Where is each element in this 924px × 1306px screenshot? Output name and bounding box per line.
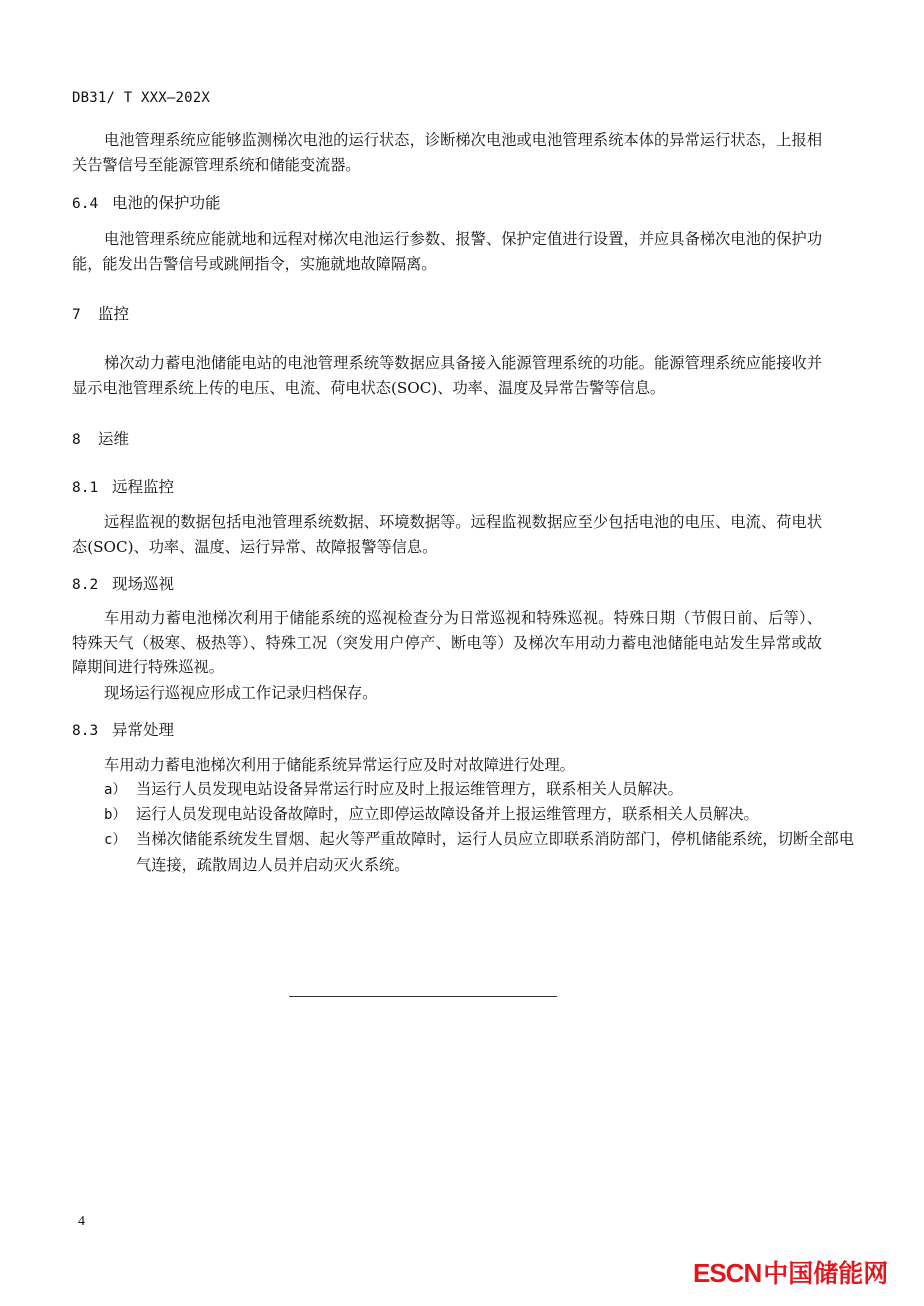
paragraph-8-2: 车用动力蓄电池梯次利用于储能系统的巡视检查分为日常巡视和特殊巡视。特殊日期（节假… [72, 606, 822, 680]
section-title: 电池的保护功能 [112, 194, 221, 212]
paragraph-8-2-record: 现场运行巡视应形成工作记录归档保存。 [104, 681, 377, 706]
section-number: 7 [72, 307, 98, 323]
list-marker: c） [104, 828, 136, 853]
list-item-text: 运行人员发现电站设备故障时，应立即停运故障设备并上报运维管理方，联系相关人员解决… [136, 805, 759, 823]
list-item-a: a）当运行人员发现电站设备异常运行时应及时上报运维管理方，联系相关人员解决。 [104, 777, 854, 803]
heading-8-1: 8.1远程监控 [72, 475, 174, 497]
heading-7: 7监控 [72, 302, 129, 324]
list-marker: a） [104, 778, 136, 803]
paragraph-6-4: 电池管理系统应能就地和远程对梯次电池运行参数、报警、保护定值进行设置，并应具备梯… [72, 227, 822, 276]
paragraph-6-3-continuation: 电池管理系统应能够监测梯次电池的运行状态，诊断梯次电池或电池管理系统本体的异常运… [72, 128, 822, 177]
paragraph-8-1: 远程监视的数据包括电池管理系统数据、环境数据等。远程监视数据应至少包括电池的电压… [72, 510, 822, 559]
escn-watermark-logo: ESCN中国储能网 [693, 1254, 888, 1290]
paragraph-8-3-intro: 车用动力蓄电池梯次利用于储能系统异常运行应及时对故障进行处理。 [104, 753, 575, 778]
section-number: 8 [72, 432, 98, 448]
section-number: 8.2 [72, 577, 112, 593]
heading-8: 8运维 [72, 427, 129, 449]
page-number: 4 [78, 1214, 85, 1230]
heading-6-4: 6.4电池的保护功能 [72, 191, 221, 213]
section-title: 远程监控 [112, 478, 174, 496]
list-item-c: c）当梯次储能系统发生冒烟、起火等严重故障时，运行人员应立即联系消防部门，停机储… [104, 827, 854, 877]
list-item-b: b）运行人员发现电站设备故障时，应立即停运故障设备并上报运维管理方，联系相关人员… [104, 802, 854, 828]
section-title: 现场巡视 [112, 575, 174, 593]
section-title: 运维 [98, 430, 129, 448]
paragraph-7: 梯次动力蓄电池储能电站的电池管理系统等数据应具备接入能源管理系统的功能。能源管理… [72, 351, 822, 400]
list-item-text: 当运行人员发现电站设备异常运行时应及时上报运维管理方，联系相关人员解决。 [136, 780, 683, 798]
watermark-latin: ESCN [693, 1258, 761, 1288]
document-code: DB31/ T XXX—202X [72, 90, 210, 106]
section-number: 8.3 [72, 723, 112, 739]
section-title: 异常处理 [112, 721, 174, 739]
list-item-text: 当梯次储能系统发生冒烟、起火等严重故障时，运行人员应立即联系消防部门，停机储能系… [136, 830, 854, 874]
end-of-document-rule [289, 996, 557, 997]
list-marker: b） [104, 803, 136, 828]
heading-8-2: 8.2现场巡视 [72, 572, 174, 594]
section-number: 8.1 [72, 480, 112, 496]
section-number: 6.4 [72, 196, 112, 212]
heading-8-3: 8.3异常处理 [72, 718, 174, 740]
watermark-chinese: 中国储能网 [763, 1260, 888, 1288]
section-title: 监控 [98, 305, 129, 323]
